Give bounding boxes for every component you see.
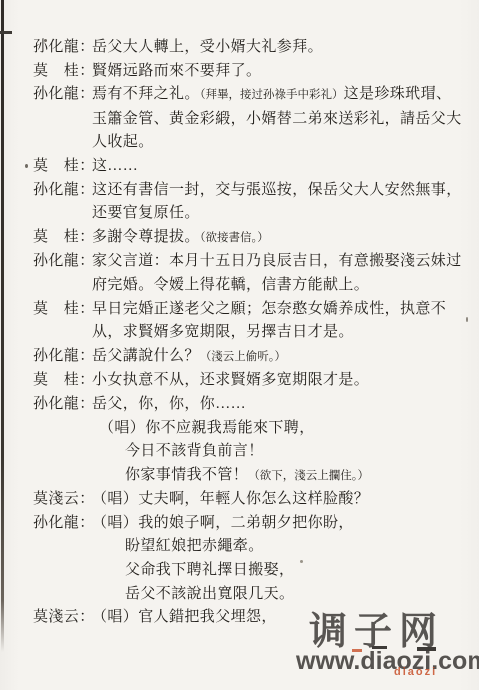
dialogue-text: 岳父不該說出寬限几天。	[125, 586, 294, 602]
dialogue-text: 盼望紅娘把赤繩牽。	[125, 538, 264, 554]
speaker-name: 孙化龍：	[33, 83, 92, 107]
script-line: 莫 桂：賢婿远路而來不要拜了。	[33, 60, 473, 84]
scan-speck	[25, 164, 28, 168]
script-line: （唱）你不应親我焉能來下聘，	[33, 417, 473, 441]
speaker-name: 孙化龍：	[33, 345, 92, 369]
dialogue-text: （唱）丈夫啊，年輕人你怎么这样脸酸？	[92, 491, 369, 507]
dialogue-text: 从，求賢婿多宽期限，另擇吉日才是。	[92, 324, 354, 340]
scanned-script-page: 孙化龍：岳父大人轉上，受小婿大礼参拜。莫 桂：賢婿远路而來不要拜了。孙化龍：焉有…	[0, 0, 479, 690]
script-line: 莫淺云：（唱）丈夫啊，年輕人你怎么这样脸酸？	[33, 488, 473, 512]
script-line: 莫 桂：这……	[33, 155, 473, 179]
dialogue-text: 早日完婚正遂老父之願；怎奈憨女嬌养成性，执意不	[92, 301, 446, 317]
script-line: 孙化龍：岳父，你，你，你……	[33, 393, 473, 417]
speaker-name: 莫 桂：	[33, 226, 92, 250]
script-line: 莫 桂：多謝令尊提拔。（欲接書信。）	[33, 226, 473, 251]
dialogue-text: 还要官复原任。	[92, 205, 200, 221]
script-line: 今日不該背負前言！	[33, 440, 473, 464]
script-line: 你家事情我不管！（欲下，淺云上攔住。）	[33, 464, 473, 489]
stage-direction: （欲下，淺云上攔住。）	[248, 470, 369, 482]
script-line: 人收起。	[33, 131, 473, 155]
dialogue-text: 这……	[92, 158, 138, 174]
dialogue-text: 焉有不拜之礼。	[92, 86, 200, 102]
dialogue-text: 多謝令尊提拔。	[92, 229, 200, 245]
dialogue-text: 家父言道：本月十五日乃良辰吉日，有意搬娶淺云妹过	[92, 253, 462, 269]
script-line: 孙化龍：焉有不拜之礼。（拜畢，接过孙祿手中彩礼）这是珍珠玳瑁、	[33, 83, 473, 108]
speaker-name: 莫 桂：	[33, 369, 92, 393]
dialogue-text: 这是珍珠玳瑁、	[344, 86, 452, 102]
dialogue-text: 岳父，你，你，你……	[92, 396, 246, 412]
script-line: 莫 桂：早日完婚正遂老父之願；怎奈憨女嬌养成性，执意不	[33, 298, 473, 322]
speaker-name: 孙化龍：	[33, 36, 92, 60]
dialogue-text: 賢婿远路而來不要拜了。	[92, 63, 261, 79]
watermark-site-url: www.diaozi.com	[296, 647, 479, 676]
speaker-name: 孙化龍：	[33, 250, 92, 274]
stage-direction: （拜畢，接过孙祿手中彩礼）	[200, 89, 344, 101]
dialogue-text: 你家事情我不管！	[125, 467, 248, 483]
watermark-accent-text: diaozi	[394, 666, 437, 678]
script-line: 孙化龍：（唱）我的娘子啊，二弟朝夕把你盼，	[33, 512, 473, 536]
script-line: 莫 桂：小女执意不从，还求賢婿多宽期限才是。	[33, 369, 473, 393]
speaker-name: 莫 桂：	[33, 60, 92, 84]
speaker-name: 莫 桂：	[33, 298, 92, 322]
speaker-name: 莫 桂：	[33, 155, 92, 179]
script-line: 盼望紅娘把赤繩牽。	[33, 535, 473, 559]
script-line: 府完婚。令嫒上得花轎，信書方能献上。	[33, 274, 473, 298]
dialogue-text: 玉簫金管、黄金彩緞，小婿替二弟來送彩礼，請岳父大	[92, 111, 462, 127]
dialogue-text: 岳父大人轉上，受小婿大礼参拜。	[92, 39, 323, 55]
script-line: 孙化龍：岳父講說什么？（淺云上偷听。）	[33, 345, 473, 370]
scan-edge-tick	[0, 31, 12, 34]
stage-direction: （淺云上偷听。）	[200, 351, 286, 363]
speaker-name: 莫淺云：	[33, 606, 92, 630]
dialogue-text: 人收起。	[92, 134, 154, 150]
script-body: 孙化龍：岳父大人轉上，受小婿大礼参拜。莫 桂：賢婿远路而來不要拜了。孙化龍：焉有…	[33, 36, 473, 630]
dialogue-text: 父命我下聘礼擇日搬娶，	[125, 562, 294, 578]
dialogue-text: （唱）官人錯把我父埋怨，	[92, 609, 277, 625]
script-line: 莫淺云：（唱）官人錯把我父埋怨，	[33, 606, 473, 630]
script-line: 从，求賢婿多宽期限，另擇吉日才是。	[33, 321, 473, 345]
dialogue-text: 府完婚。令嫒上得花轎，信書方能献上。	[92, 277, 369, 293]
script-line: 孙化龍：岳父大人轉上，受小婿大礼参拜。	[33, 36, 473, 60]
script-line: 孙化龍：这还有書信一封，交与張巡按，保岳父大人安然無事，	[33, 179, 473, 203]
dialogue-text: （唱）我的娘子啊，二弟朝夕把你盼，	[92, 515, 354, 531]
script-line: 父命我下聘礼擇日搬娶，	[33, 559, 473, 583]
dialogue-text: 岳父講說什么？	[92, 348, 200, 364]
script-line: 孙化龍：家父言道：本月十五日乃良辰吉日，有意搬娶淺云妹过	[33, 250, 473, 274]
stage-direction: （欲接書信。）	[200, 232, 269, 244]
speaker-name: 孙化龍：	[33, 179, 92, 203]
script-line: 还要官复原任。	[33, 202, 473, 226]
scan-edge-line	[1, 0, 4, 652]
script-line: 岳父不該說出寬限几天。	[33, 583, 473, 607]
dialogue-text: 小女执意不从，还求賢婿多宽期限才是。	[92, 372, 369, 388]
speaker-name: 孙化龍：	[33, 512, 92, 536]
watermark-dash	[417, 647, 436, 651]
speaker-name: 莫淺云：	[33, 488, 92, 512]
dialogue-text: （唱）你不应親我焉能來下聘，	[99, 420, 315, 436]
dialogue-text: 今日不該背負前言！	[125, 443, 264, 459]
script-line: 玉簫金管、黄金彩緞，小婿替二弟來送彩礼，請岳父大	[33, 108, 473, 132]
watermark-dash-accent	[352, 649, 362, 652]
dialogue-text: 这还有書信一封，交与張巡按，保岳父大人安然無事，	[92, 182, 462, 198]
speaker-name: 孙化龍：	[33, 393, 92, 417]
watermark-dash	[372, 646, 387, 649]
